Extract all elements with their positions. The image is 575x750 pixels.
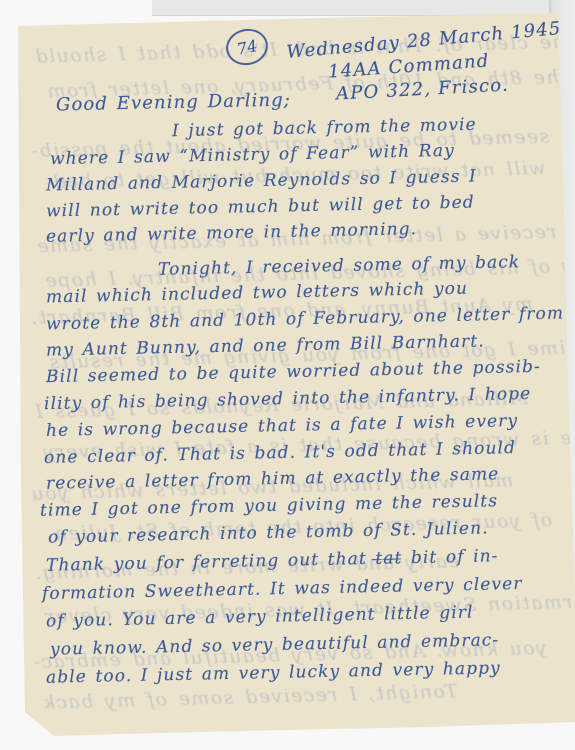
scanned-letter-page: { "letter": { "page_stamp": "74", "heade… bbox=[0, 0, 575, 750]
page-number-stamp: 74 bbox=[223, 25, 272, 69]
greeting-line: Good Evening Darling; bbox=[56, 90, 291, 116]
background-sheet-top bbox=[152, 0, 575, 16]
letter-paper: one clear of. That is bad. It's odd that… bbox=[0, 0, 575, 750]
letter-line: will not write too much but will get to … bbox=[46, 193, 475, 222]
